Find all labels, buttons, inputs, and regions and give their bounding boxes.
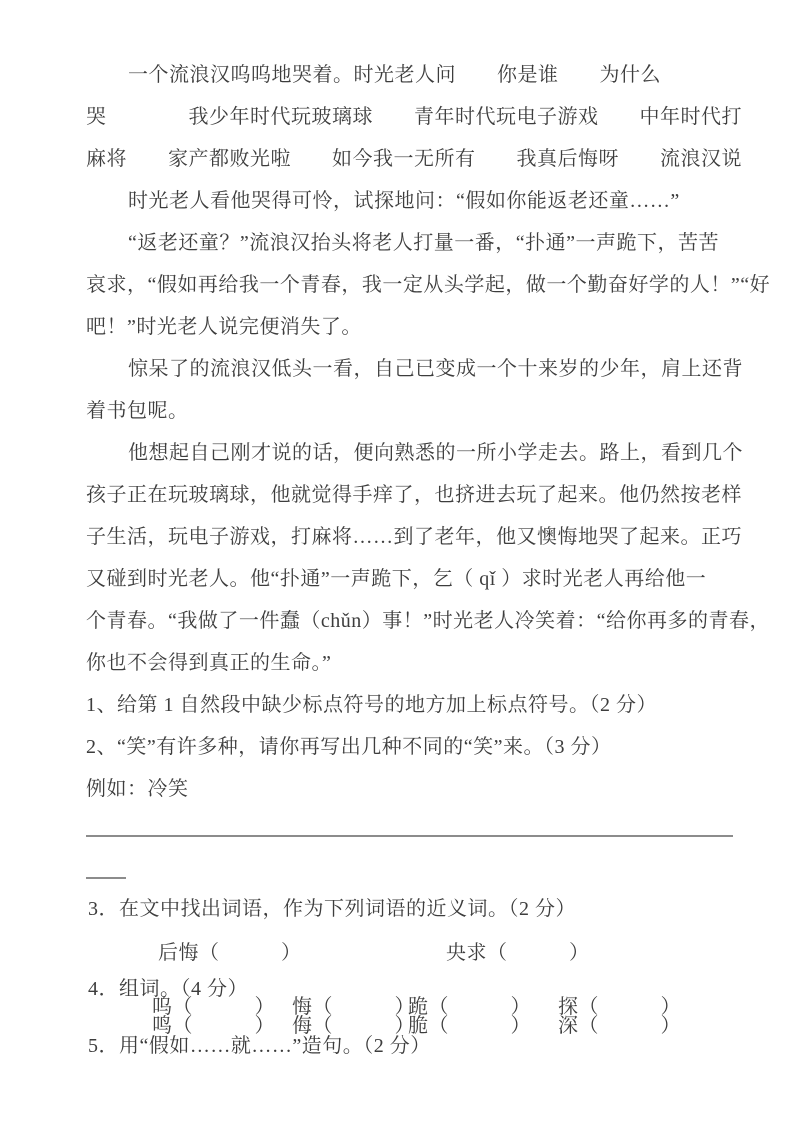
passage-line: 哀求，“假如再给我一个青春，我一定从头学起，做一个勤奋好学的人！”“好 [86, 264, 754, 306]
passage-line: 惊呆了的流浪汉低头一看，自己已变成一个十来岁的少年，肩上还背 [86, 348, 754, 390]
passage-line: “返老还童？”流浪汉抬头将老人打量一番，“扑通”一声跪下，苦苦 [86, 222, 754, 264]
passage-line: 个青春。“我做了一件蠢（chǔn）事！”时光老人冷笑着：“给你再多的青春， [86, 600, 754, 642]
passage-line: 一个流浪汉呜呜地哭着。时光老人问 你是谁 为什么 [86, 54, 754, 96]
passage-line: 时光老人看他哭得可怜，试探地问：“假如你能返老还童……” [86, 180, 754, 222]
reading-passage: 一个流浪汉呜呜地哭着。时光老人问 你是谁 为什么 哭 我少年时代玩玻璃球 青年时… [86, 54, 754, 810]
passage-line: 吧！”时光老人说完便消失了。 [86, 306, 754, 348]
synonym-blank-yangqiu: 央求（ ） [446, 941, 590, 965]
question-2: 2、“笑”有许多种，请你再写出几种不同的“笑”来。（3 分） [86, 726, 754, 768]
question-3: 3．在文中找出词语，作为下列词语的近义词。（2 分） [88, 897, 576, 921]
question-2-example: 例如：冷笑 [86, 768, 754, 810]
passage-line: 你也不会得到真正的生命。” [86, 642, 754, 684]
answer-blank-line-short [86, 877, 126, 879]
passage-line: 子生活，玩电子游戏，打麻将……到了老年，他又懊悔地哭了起来。正巧 [86, 516, 754, 558]
synonym-blanks-row: 后悔（ ） 央求（ ） [0, 941, 793, 965]
question-1: 1、给第 1 自然段中缺少标点符号的地方加上标点符号。（2 分） [86, 684, 754, 726]
answer-blank-line-long [86, 835, 733, 837]
question-5: 5．用“假如……就……”造句。（2 分） [88, 1034, 431, 1058]
passage-line: 麻将 家产都败光啦 如今我一无所有 我真后悔呀 流浪汉说 [86, 138, 754, 180]
word-cell: 深（ ） [558, 1015, 681, 1037]
passage-line: 着书包呢。 [86, 390, 754, 432]
passage-line: 他想起自己刚才说的话，便向熟悉的一所小学走去。路上，看到几个 [86, 432, 754, 474]
synonym-blank-houhui: 后悔（ ） [158, 941, 302, 965]
passage-line: 又碰到时光老人。他“扑通”一声跪下，乞（ qǐ ）求时光老人再给他一 [86, 558, 754, 600]
passage-line: 哭 我少年时代玩玻璃球 青年时代玩电子游戏 中年时代打 [86, 96, 754, 138]
passage-line: 孩子正在玩玻璃球，他就觉得手痒了，也挤进去玩了起来。他仍然按老样 [86, 474, 754, 516]
document-page: 一个流浪汉呜呜地哭着。时光老人问 你是谁 为什么 哭 我少年时代玩玻璃球 青年时… [0, 0, 793, 1122]
